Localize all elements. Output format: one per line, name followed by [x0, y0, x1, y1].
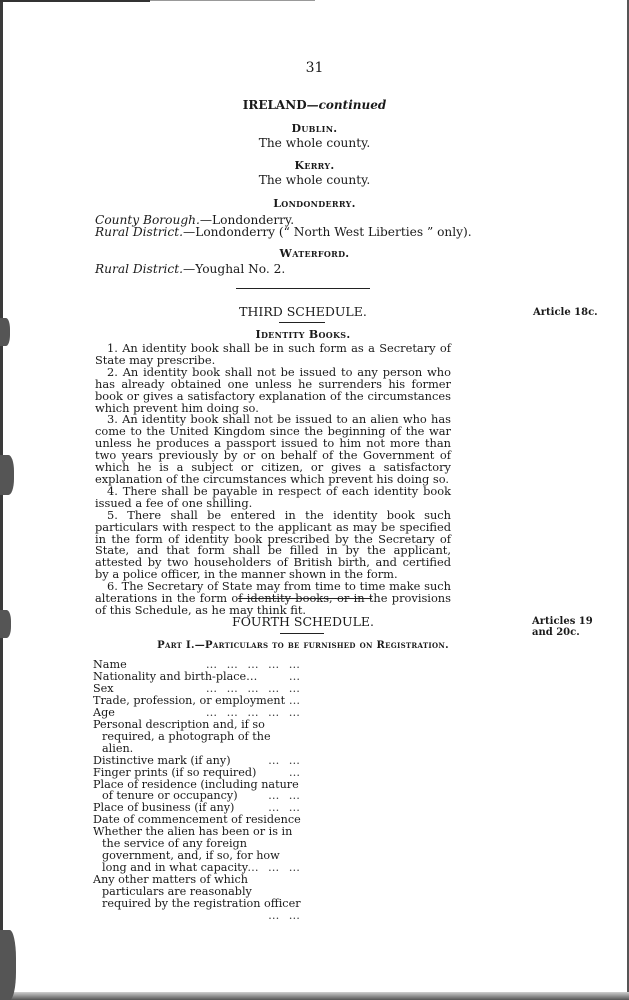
leader-dots: … … — [277, 755, 303, 767]
leader-dots: … … — [277, 910, 303, 922]
particular-text: Personal description and, if so required… — [93, 718, 271, 755]
scan-edge-bottom — [0, 992, 629, 1000]
page-number: 31 — [0, 62, 629, 75]
paragraph: 4. There shall be payable in respect of … — [95, 486, 451, 510]
particular-text: Trade, profession, or employment — [93, 694, 285, 707]
third-schedule-title: THIRD SCHEDULE. — [0, 305, 606, 318]
scan-edge-left — [0, 0, 3, 1000]
county-dublin: Dublin. — [0, 122, 629, 135]
title-rule — [279, 322, 325, 323]
ireland-heading: IRELAND—continued — [0, 99, 629, 112]
margin-note-article-18c: Article 18c. — [533, 307, 598, 318]
particular-text: Nationality and birth-place… — [93, 670, 257, 683]
scan-edge-top — [0, 0, 150, 2]
paragraph: 1. An identity book shall be in such for… — [95, 343, 451, 367]
county-dublin-detail: The whole county. — [0, 137, 629, 150]
section-rule — [238, 598, 372, 599]
third-schedule-body: 1. An identity book shall be in such for… — [95, 343, 451, 617]
waterford-rural: Rural District.—Youghal No. 2. — [95, 263, 285, 276]
section-rule — [236, 288, 370, 289]
paragraph: 3. An identity book shall not be issued … — [95, 414, 451, 485]
leader-dots: … … … — [256, 862, 303, 874]
paragraph: 5. There shall be entered in the identit… — [95, 510, 451, 581]
scan-blot — [0, 930, 16, 1000]
county-kerry-detail: The whole county. — [0, 174, 629, 187]
particulars-list: Name… … … … …Nationality and birth-place… — [93, 659, 303, 922]
title-rule — [280, 633, 324, 634]
particular-item: Whether the alien has been or is in the … — [93, 826, 303, 874]
county-kerry: Kerry. — [0, 159, 629, 172]
fourth-schedule-title: FOURTH SCHEDULE. — [0, 615, 606, 628]
county-waterford: Waterford. — [0, 247, 629, 260]
particular-item: Personal description and, if so required… — [93, 719, 303, 755]
particular-item: Place of residence (including nature of … — [93, 779, 303, 803]
ireland-continued: —continued — [307, 98, 387, 112]
scan-blot — [0, 455, 14, 495]
line-label: Rural District. — [95, 262, 183, 276]
londonderry-rural: Rural District.—Londonderry (“ North Wes… — [95, 226, 472, 239]
margin-note-articles-19-20c: Articles 19 and 20c. — [532, 616, 593, 638]
county-londonderry: Londonderry. — [0, 197, 629, 210]
line-text: —Londonderry (“ North West Liberties ” o… — [183, 225, 472, 239]
ireland-heading-text: IRELAND — [243, 98, 307, 112]
particular-item: Any other matters of which particulars a… — [93, 874, 303, 910]
paragraph: 2. An identity book shall not be issued … — [95, 367, 451, 415]
particular-text: Any other matters of which particulars a… — [93, 873, 301, 910]
part-one-heading: Part I.—Particulars to be furnished on R… — [0, 639, 606, 652]
line-text: —Youghal No. 2. — [183, 262, 285, 276]
scan-edge-top-light — [150, 0, 315, 1]
line-label: Rural District. — [95, 225, 183, 239]
identity-books-subtitle: Identity Books. — [0, 328, 606, 341]
